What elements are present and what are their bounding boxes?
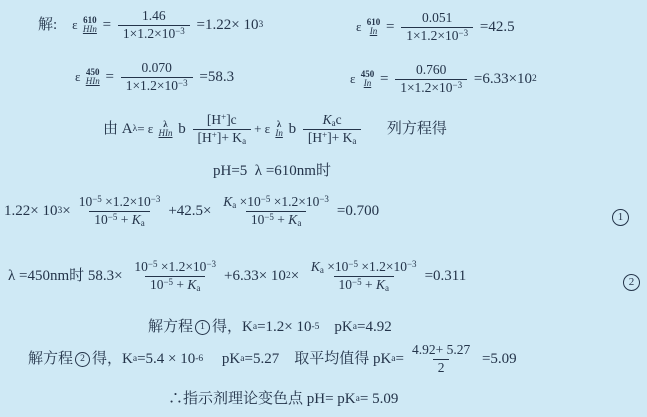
condition-ph5-610nm: pH=5 λ =610nm时 bbox=[213, 163, 331, 180]
equation-absorbance-model: 由 Aλ= ε λHIn b [H+]c[H+]+ Ka+ ε λIn b Ka… bbox=[103, 112, 447, 147]
equation-epsilon-in-450: ε 450In = 0.7601×1.2×10−3 =6.33×102 bbox=[350, 62, 537, 97]
circled-one: 1 bbox=[612, 209, 629, 226]
equation-1: 1.22× 103×10−5 ×1.2×10−310−5 + Ka+42.5× … bbox=[4, 194, 379, 229]
equation-2-marker: 2 bbox=[621, 274, 642, 291]
solution-slide: 解: ε 610HIn = 1.461×1.2×10−3 =1.22× 103 … bbox=[0, 0, 647, 417]
equation-epsilon-hin-610: 解: ε 610HIn = 1.461×1.2×10−3 =1.22× 103 bbox=[38, 8, 263, 43]
equation-epsilon-in-610: ε 610In = 0.0511×1.2×10−3 =42.5 bbox=[356, 10, 515, 45]
equation-epsilon-hin-450: ε 450HIn = 0.0701×1.2×10−3 =58.3 bbox=[75, 60, 234, 95]
solution-equation-2-and-average: 解方程2得，Ka=5.4 × 10-6 pKa=5.27 取平均值得 pKa=4… bbox=[28, 342, 517, 377]
conclusion-color-change-point: ∴指示剂理论变色点 pH= pKa= 5.09 bbox=[168, 391, 398, 408]
solution-equation-1-result: 解方程1得，Ka=1.2× 10-5 pKa=4.92 bbox=[148, 319, 392, 336]
circled-two: 2 bbox=[623, 274, 640, 291]
equation-1-marker: 1 bbox=[610, 209, 631, 226]
equation-2: λ =450nm时 58.3× 10−5 ×1.2×10−310−5 + Ka+… bbox=[8, 259, 466, 294]
